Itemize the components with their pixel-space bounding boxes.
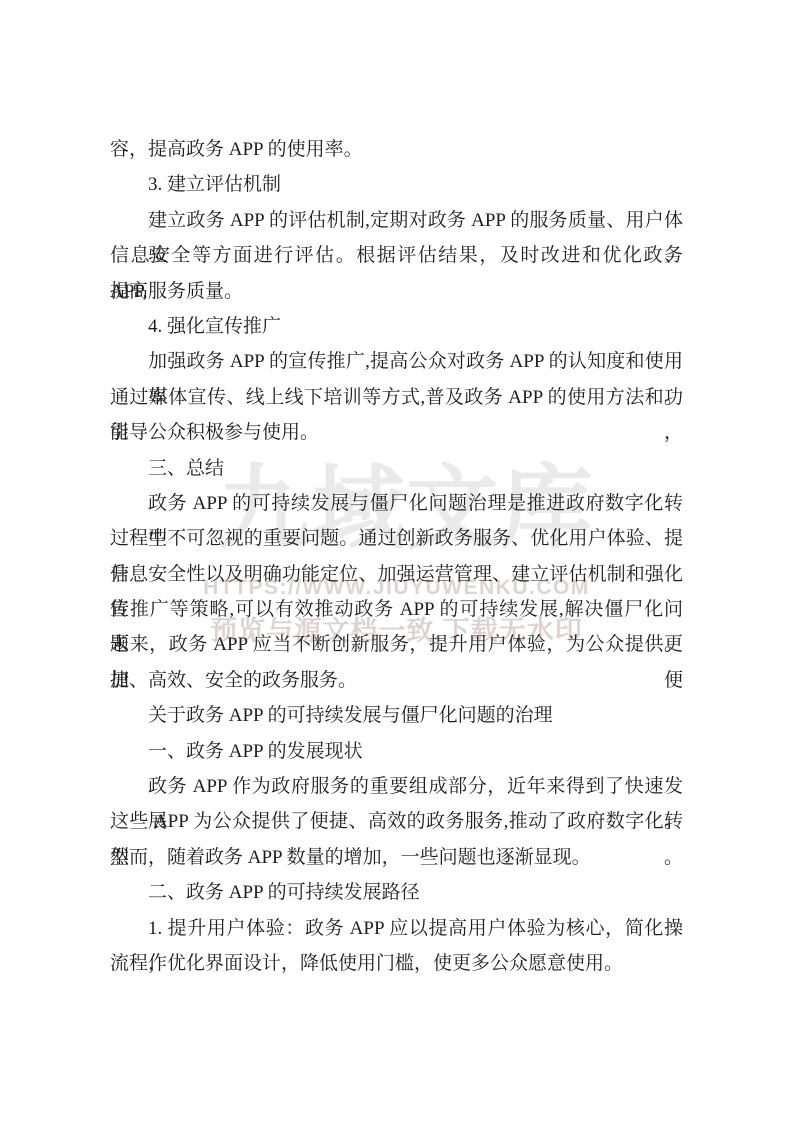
text-line: 过程中不可忽视的重要问题。通过创新政务服务、优化用户体验、提升 <box>110 521 683 556</box>
text-line: 加强政务 APP 的宣传推广,提高公众对政务 APP 的认知度和使用率。 <box>110 344 683 379</box>
text-line: 一、政务 APP 的发展现状 <box>110 734 683 769</box>
text-line: 通过媒体宣传、线上线下培训等方式,普及政务 APP 的使用方法和功能， <box>110 380 683 415</box>
text-line: 这些 APP 为公众提供了便捷、高效的政务服务,推动了政府数字化转型。 <box>110 804 683 839</box>
text-line: 提高服务质量。 <box>110 274 683 309</box>
text-line: 关于政务 APP 的可持续发展与僵尸化问题的治理 <box>110 698 683 733</box>
text-line: 1. 提升用户体验：政务 APP 应以提高用户体验为核心，简化操作 <box>110 911 683 946</box>
text-line: 信息安全性以及明确功能定位、加强运营管理、建立评估机制和强化宣 <box>110 557 683 592</box>
document-lines: 容，提高政务 APP 的使用率。3. 建立评估机制建立政务 APP 的评估机制,… <box>110 132 683 981</box>
text-line: 流程，优化界面设计，降低使用门槛，使更多公众愿意使用。 <box>110 946 683 981</box>
text-line: 二、政务 APP 的可持续发展路径 <box>110 875 683 910</box>
text-line: 3. 建立评估机制 <box>110 167 683 202</box>
text-line: 政务 APP 的可持续发展与僵尸化问题治理是推进政府数字化转型 <box>110 486 683 521</box>
text-line: 政务 APP 作为政府服务的重要组成部分，近年来得到了快速发展。 <box>110 769 683 804</box>
document-page: 九域文库 HTTPS://WWW.JIUYUWENKU.COM 预览与源文档一致… <box>0 0 793 1122</box>
text-line: 4. 强化宣传推广 <box>110 309 683 344</box>
text-line: 未来，政务 APP 应当不断创新服务，提升用户体验，为公众提供更加便 <box>110 627 683 662</box>
text-line: 信息安全等方面进行评估。根据评估结果，及时改进和优化政务 APP, <box>110 238 683 273</box>
text-line: 传推广等策略,可以有效推动政务 APP 的可持续发展,解决僵尸化问题。 <box>110 592 683 627</box>
text-line: 容，提高政务 APP 的使用率。 <box>110 132 683 167</box>
text-line: 三、总结 <box>110 451 683 486</box>
text-line: 建立政务 APP 的评估机制,定期对政务 APP 的服务质量、用户体验、 <box>110 203 683 238</box>
